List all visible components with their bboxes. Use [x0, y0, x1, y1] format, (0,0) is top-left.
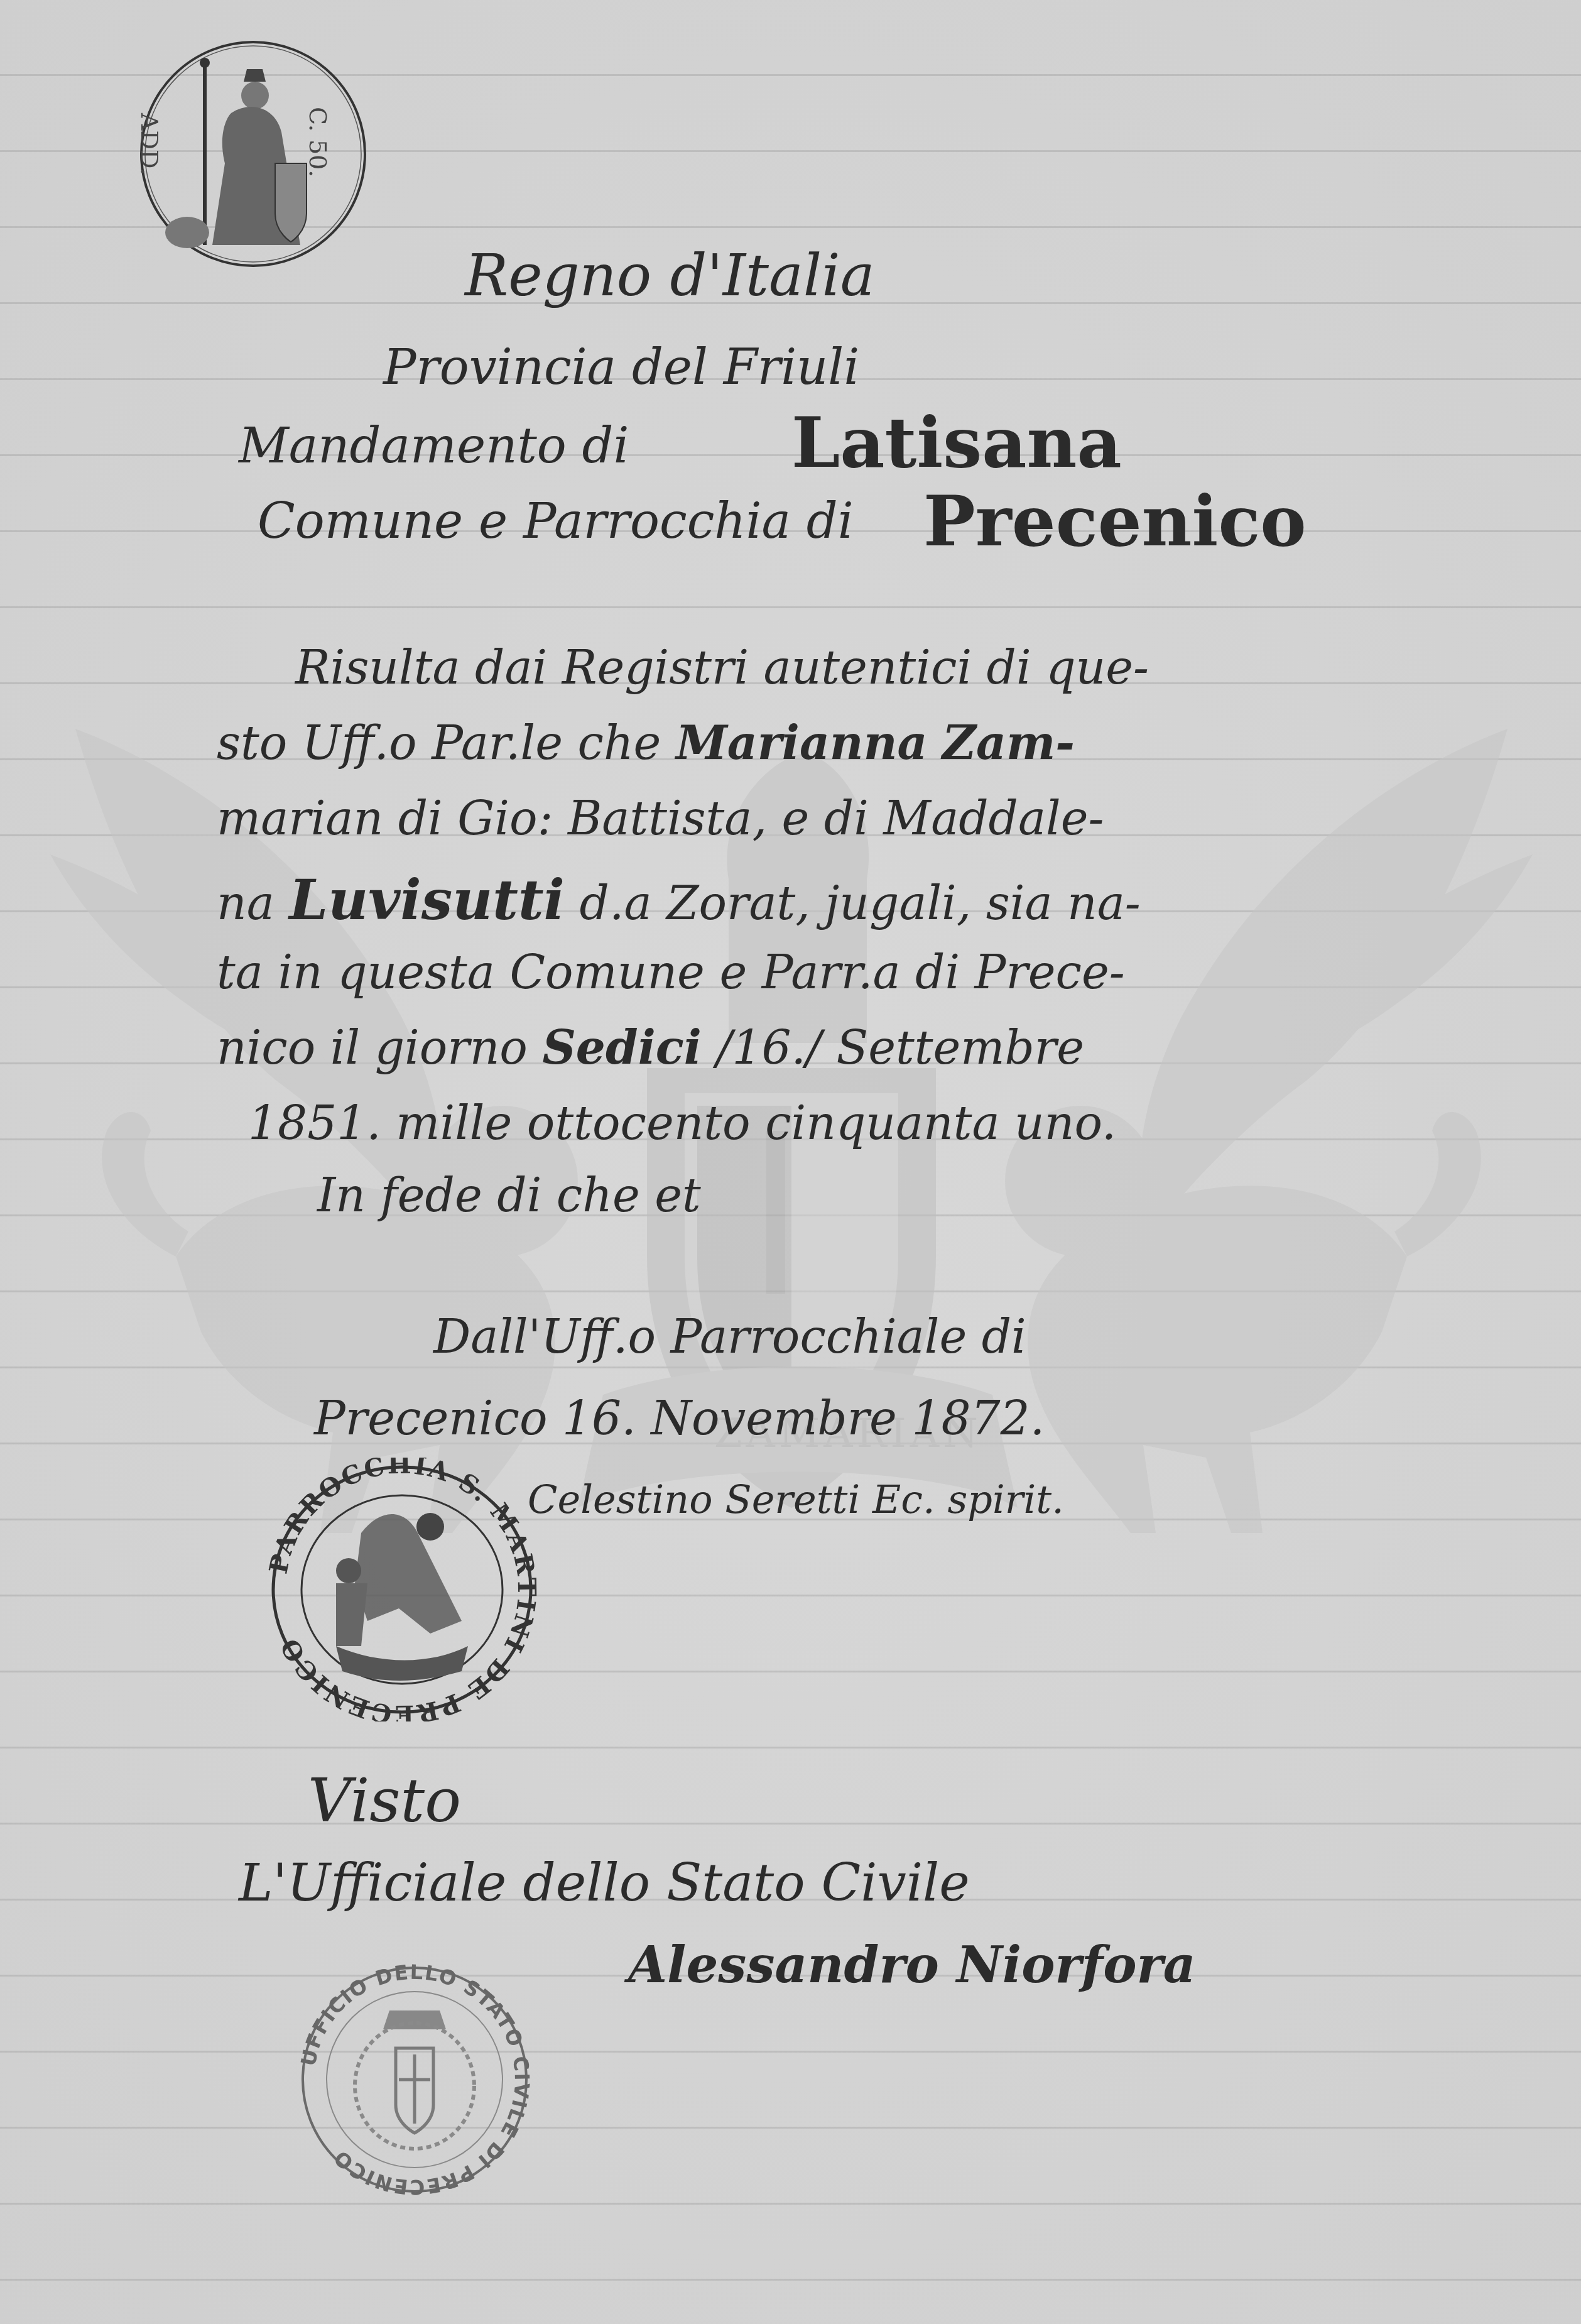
header-mandamento-value: Latisana — [791, 402, 1122, 483]
closing-office: Dall'Uff.o Parrocchiale di — [433, 1310, 1026, 1364]
body-line-1: Risulta dai Registri autentici di que- — [295, 641, 1149, 695]
italia-turrita-figure-icon — [137, 38, 369, 270]
st-martin-horseman-seal-icon: PARROCCHIA S. MARTINI DE PRECENICO — [254, 1458, 550, 1721]
mother-detail: d.a Zorat, jugali, sia na- — [580, 876, 1141, 930]
header-comune-value: Precenico — [923, 481, 1307, 562]
body-line-6-text: nico il giorno — [217, 1021, 528, 1075]
birth-day-number: /16./ — [716, 1021, 822, 1075]
revenue-stamp-value: C. 50. — [304, 107, 332, 177]
body-line-8: In fede di che et — [317, 1169, 701, 1223]
body-line-7: 1851. mille ottocento cinquanta uno. — [248, 1096, 1116, 1150]
closing-place-date: Precenico 16. Novembre 1872. — [314, 1392, 1045, 1446]
header-mandamento-label: Mandamento di — [239, 418, 629, 474]
body-line-4: na Luvisutti d.a Zorat, jugali, sia na- — [217, 867, 1141, 932]
body-line-6: nico il giorno Sedici /16./ Settembre — [217, 1021, 1084, 1075]
revenue-stamp — [137, 38, 369, 270]
parish-seal: PARROCCHIA S. MARTINI DE PRECENICO — [254, 1458, 550, 1721]
header-comune-label: Comune e Parrocchia di — [258, 493, 854, 550]
body-line-3: marian di Gio: Battista, e di Maddale- — [217, 792, 1104, 846]
birth-month: Settembre — [837, 1021, 1084, 1075]
civil-officer-signature: Alessandro Niorfora — [628, 1935, 1196, 1994]
visto-label: Visto — [308, 1765, 461, 1836]
header-kingdom: Regno d'Italia — [465, 242, 875, 309]
header-province: Provincia del Friuli — [383, 339, 859, 396]
body-line-4-text: na — [217, 876, 274, 930]
body-line-2: sto Uff.o Par.le che Marianna Zam- — [217, 716, 1075, 770]
child-first-name: Marianna — [676, 716, 927, 770]
savoy-coat-of-arms-seal-icon: UFFICIO DELLO STATO CIVILE DI PRECENICO — [295, 1960, 534, 2199]
civil-registry-seal: UFFICIO DELLO STATO CIVILE DI PRECENICO — [295, 1960, 534, 2199]
birth-day-word: Sedici — [542, 1021, 702, 1075]
mother-surname: Luvisutti — [289, 867, 565, 932]
revenue-stamp-left-text: ADD. — [136, 113, 163, 175]
body-line-5: ta in questa Comune e Parr.a di Prece- — [217, 946, 1125, 1000]
child-surname-part: Zam- — [942, 716, 1075, 770]
civil-officer-title: L'Ufficiale dello Stato Civile — [239, 1853, 970, 1913]
body-line-2-text: sto Uff.o Par.le che — [217, 716, 661, 770]
priest-signature: Celestino Seretti Ec. spirit. — [528, 1476, 1064, 1522]
